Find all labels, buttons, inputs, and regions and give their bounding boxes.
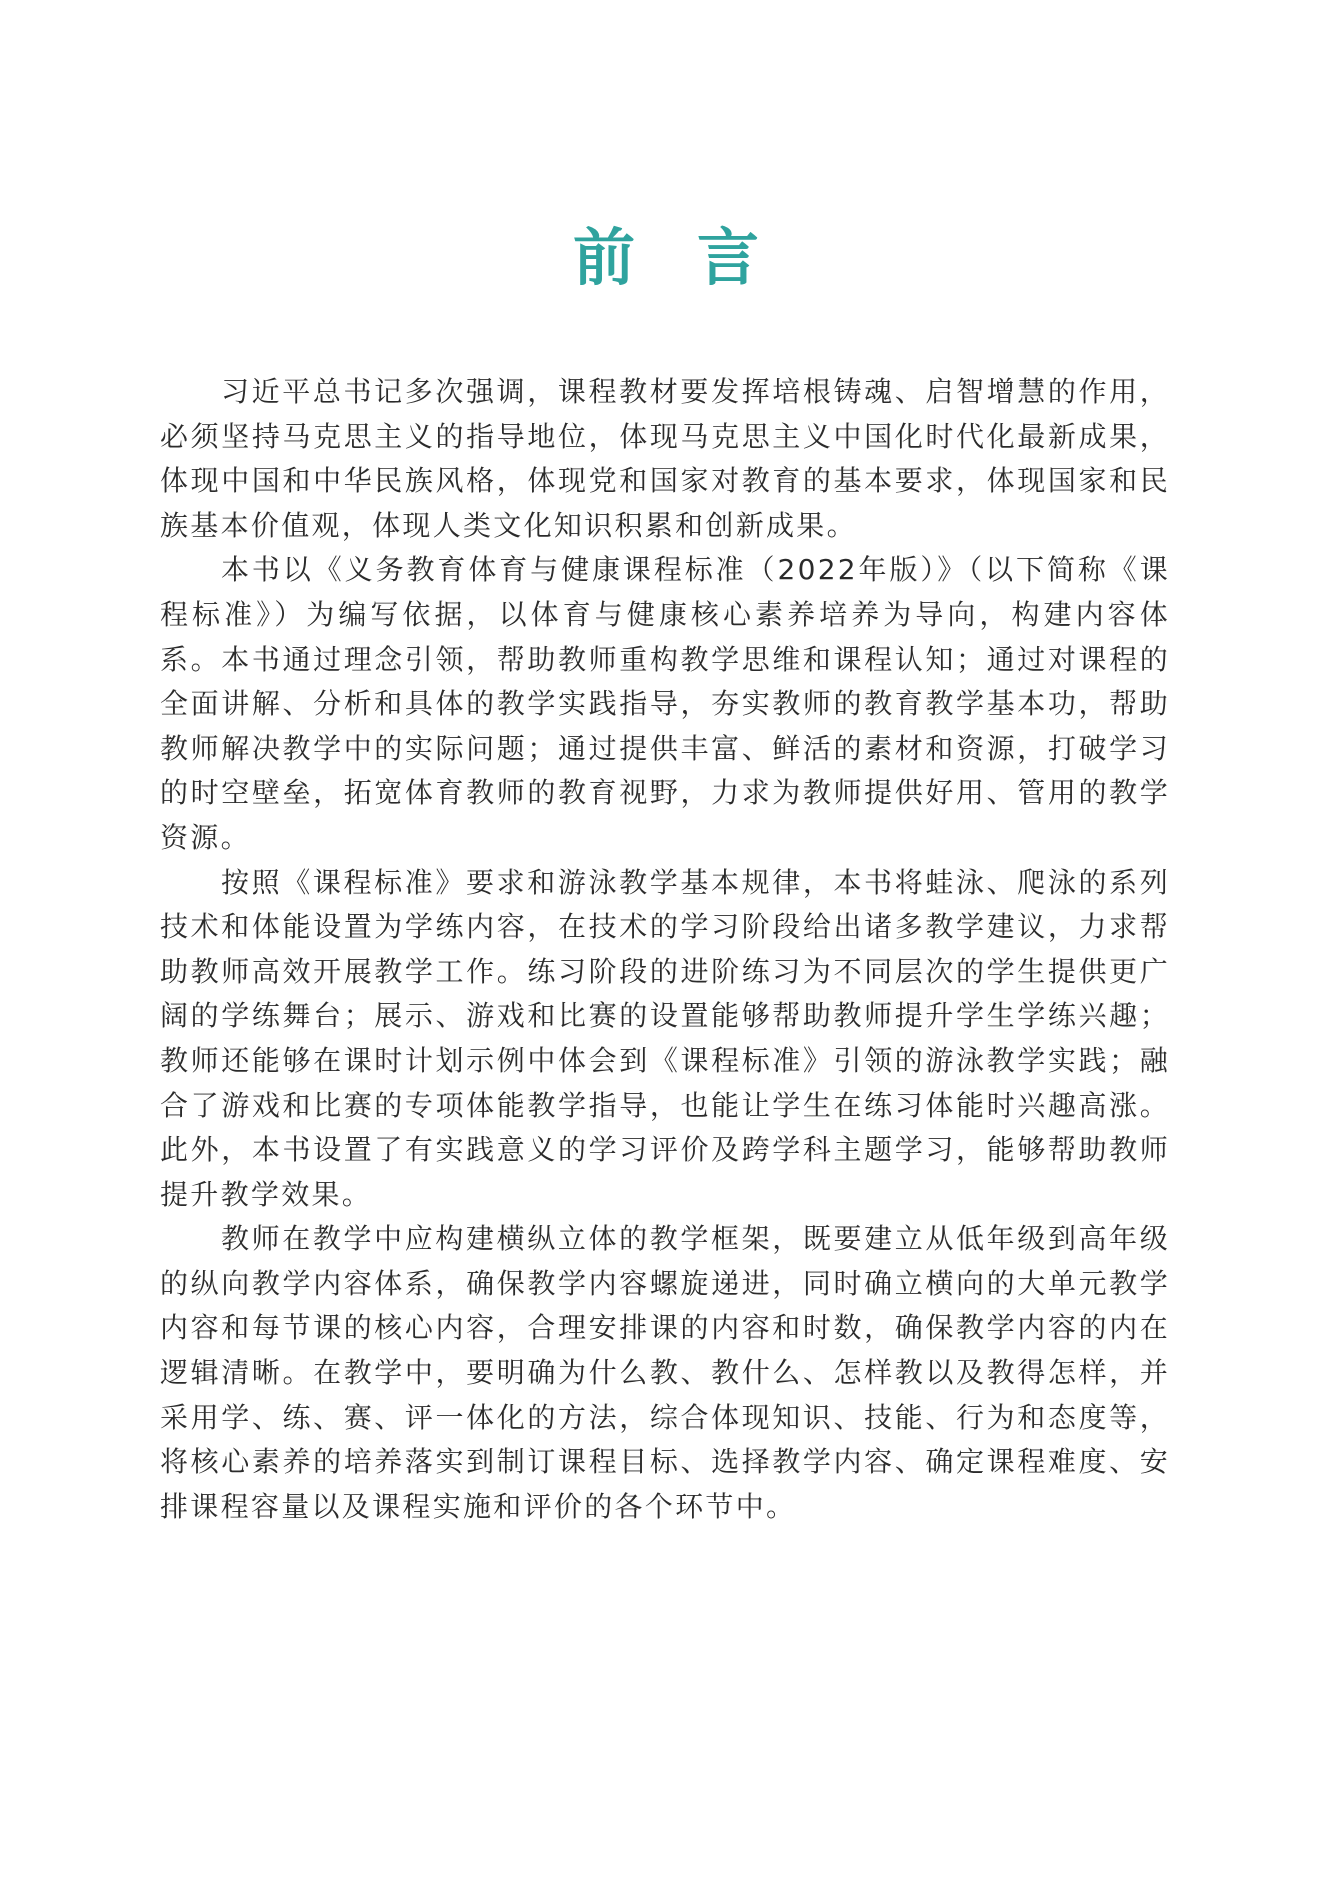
document-page: 前言 习近平总书记多次强调，课程教材要发挥培根铸魂、启智增慧的作用，必须坚持马克… [0, 0, 1332, 1885]
paragraph-2: 本书以《义务教育体育与健康课程标准（2022年版）》（以下简称《课程标准》）为编… [160, 548, 1170, 860]
paragraph-3: 按照《课程标准》要求和游泳教学基本规律，本书将蛙泳、爬泳的系列技术和体能设置为学… [160, 861, 1170, 1218]
page-title: 前言 [0, 222, 1332, 294]
preface-body: 习近平总书记多次强调，课程教材要发挥培根铸魂、启智增慧的作用，必须坚持马克思主义… [160, 370, 1170, 1529]
paragraph-1: 习近平总书记多次强调，课程教材要发挥培根铸魂、启智增慧的作用，必须坚持马克思主义… [160, 370, 1170, 548]
paragraph-4: 教师在教学中应构建横纵立体的教学框架，既要建立从低年级到高年级的纵向教学内容体系… [160, 1217, 1170, 1529]
